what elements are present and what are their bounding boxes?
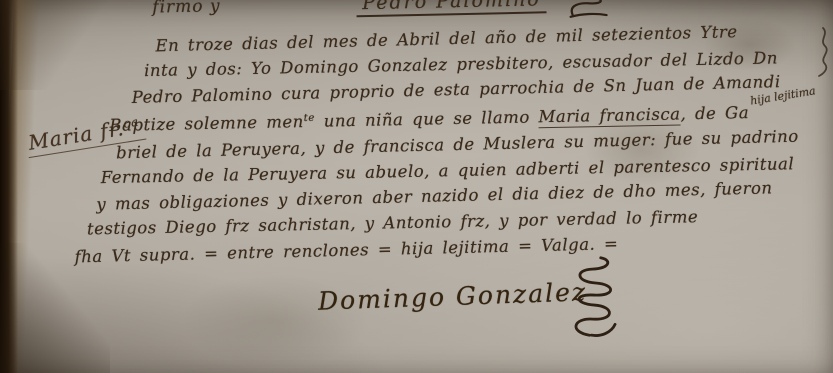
line-text: Baptize solemne men [109, 112, 304, 135]
page-edge-squiggle-icon [813, 26, 831, 78]
line-text: , de Ga [680, 103, 749, 123]
previous-entry-left-text: firmo y [152, 0, 221, 18]
manuscript-photo: firmo y Pedro Palomino Maria fr.ca En tr… [0, 0, 833, 373]
signature-rubric-icon [559, 254, 624, 340]
previous-entry-signature: Pedro Palomino [356, 0, 547, 17]
line-text: una niña que se llamo [315, 107, 539, 130]
record-text-block: En troze dias del mes de Abril del año d… [0, 17, 833, 272]
baptized-name: Maria francisca [538, 105, 680, 129]
signature-block: Domingo Gonzalez [318, 277, 588, 315]
superscript-te: te [304, 113, 315, 124]
header-rubric-icon [566, 0, 609, 19]
signature-name: Domingo Gonzalez [318, 277, 588, 315]
